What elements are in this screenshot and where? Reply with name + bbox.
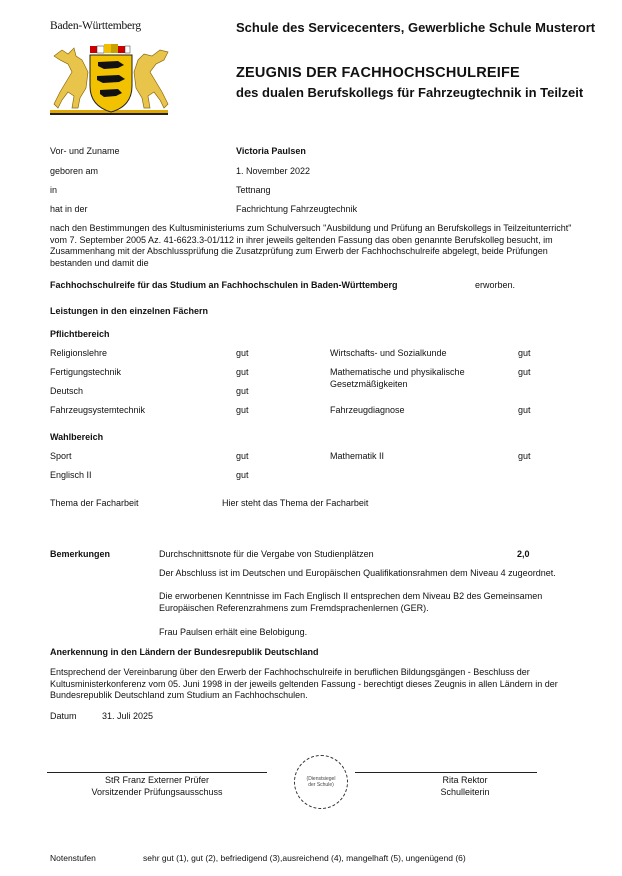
grade-fahrzeugdiagnose: gut bbox=[518, 405, 531, 415]
grade-mathematik-physik: gut bbox=[518, 367, 531, 377]
subject-mathematik-ii: Mathematik II bbox=[330, 451, 384, 461]
grade-englisch-ii: gut bbox=[236, 470, 249, 480]
right-signer-role: Schulleiterin bbox=[355, 787, 575, 797]
grade-deutsch: gut bbox=[236, 386, 249, 396]
baden-wuerttemberg-coat-of-arms-icon bbox=[48, 42, 174, 118]
grades-heading: Leistungen in den einzelnen Fächern bbox=[50, 306, 208, 316]
remarks-text-3: Frau Paulsen erhält eine Belobigung. bbox=[159, 627, 307, 637]
subject-religionslehre: Religionslehre bbox=[50, 348, 107, 358]
birthplace-label: in bbox=[50, 185, 57, 195]
subject-fertigungstechnik: Fertigungstechnik bbox=[50, 367, 121, 377]
intro-text: nach den Bestimmungen des Kultusminister… bbox=[50, 223, 590, 269]
document-title: ZEUGNIS DER FACHHOCHSCHULREIFE bbox=[236, 65, 520, 81]
left-signer-role: Vorsitzender Prüfungsausschuss bbox=[47, 787, 267, 797]
subject-wirtschaft: Wirtschafts- und Sozialkunde bbox=[330, 348, 447, 358]
name-value: Victoria Paulsen bbox=[236, 146, 306, 156]
grade-sport: gut bbox=[236, 451, 249, 461]
school-name: Schule des Servicecenters, Gewerbliche S… bbox=[236, 20, 606, 35]
recognition-heading: Anerkennung in den Ländern der Bundesrep… bbox=[50, 647, 319, 657]
subject-englisch-ii: Englisch II bbox=[50, 470, 92, 480]
birthplace-value: Tettnang bbox=[236, 185, 271, 195]
average-value: 2,0 bbox=[517, 549, 530, 559]
left-signature-line bbox=[47, 772, 267, 773]
grade-scale-text: sehr gut (1), gut (2), befriedigend (3),… bbox=[143, 853, 466, 863]
date-value: 31. Juli 2025 bbox=[102, 711, 153, 721]
thesis-label: Thema der Facharbeit bbox=[50, 498, 139, 508]
name-label: Vor- und Zuname bbox=[50, 146, 120, 156]
subject-sport: Sport bbox=[50, 451, 72, 461]
birthdate-label: geboren am bbox=[50, 166, 98, 176]
subject-fahrzeugsystemtechnik: Fahrzeugsystemtechnik bbox=[50, 405, 145, 415]
thesis-value: Hier steht das Thema der Facharbeit bbox=[222, 498, 368, 508]
right-signature-line bbox=[355, 772, 537, 773]
grade-fahrzeugsystemtechnik: gut bbox=[236, 405, 249, 415]
program-value: Fachrichtung Fahrzeugtechnik bbox=[236, 204, 357, 214]
subject-deutsch: Deutsch bbox=[50, 386, 83, 396]
program-label: hat in der bbox=[50, 204, 88, 214]
birthdate-value: 1. November 2022 bbox=[236, 166, 310, 176]
grade-wirtschaft: gut bbox=[518, 348, 531, 358]
official-seal-placeholder: (Dienstsiegel der Schule) bbox=[294, 755, 348, 809]
remarks-label: Bemerkungen bbox=[50, 549, 110, 559]
seal-text-2: der Schule) bbox=[307, 782, 336, 788]
subject-fahrzeugdiagnose: Fahrzeugdiagnose bbox=[330, 405, 405, 415]
right-signer-name: Rita Rektor bbox=[355, 775, 575, 785]
left-signer-name: StR Franz Externer Prüfer bbox=[47, 775, 267, 785]
state-name: Baden-Württemberg bbox=[50, 20, 141, 32]
qualification-name: Fachhochschulreife für das Studium an Fa… bbox=[50, 280, 398, 290]
grade-mathematik-ii: gut bbox=[518, 451, 531, 461]
subject-mathematik-physik: Mathematische und physikalische Gesetzmä… bbox=[330, 367, 512, 390]
remarks-text-1: Der Abschluss ist im Deutschen und Europ… bbox=[159, 568, 591, 580]
qualification-suffix: erworben. bbox=[475, 280, 515, 290]
average-label: Durchschnittsnote für die Vergabe von St… bbox=[159, 549, 374, 559]
grade-religionslehre: gut bbox=[236, 348, 249, 358]
document-subtitle: des dualen Berufskollegs für Fahrzeugtec… bbox=[236, 85, 606, 100]
date-label: Datum bbox=[50, 711, 77, 721]
recognition-text: Entsprechend der Vereinbarung über den E… bbox=[50, 667, 592, 702]
wahl-heading: Wahlbereich bbox=[50, 432, 103, 442]
remarks-text-2: Die erworbenen Kenntnisse im Fach Englis… bbox=[159, 591, 591, 614]
grade-scale-label: Notenstufen bbox=[50, 853, 96, 863]
pflicht-heading: Pflichtbereich bbox=[50, 329, 110, 339]
grade-fertigungstechnik: gut bbox=[236, 367, 249, 377]
